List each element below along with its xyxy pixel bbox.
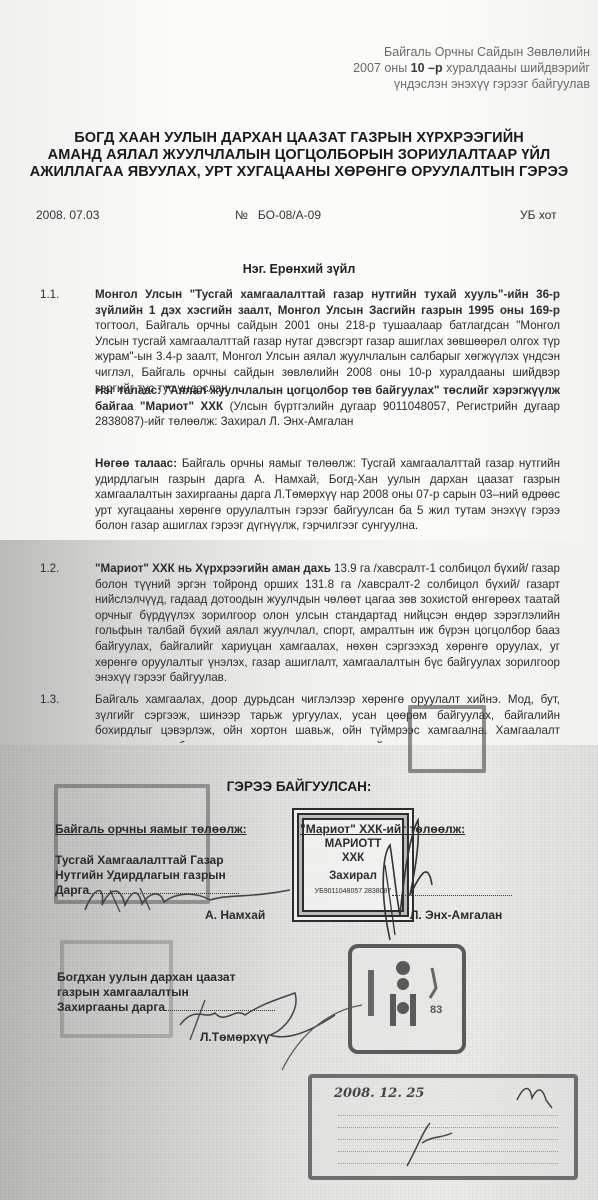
clause-text: Байгаль хамгаалах, доор дурьдсан чиглэлэ… [95,693,560,743]
clause-bold-text: Монгол Улсын "Тусгай хамгаалалттай газар… [95,288,560,317]
faint-stamp-right [408,705,486,773]
party-second-label: Нөгөө талаас: [95,457,177,470]
clause-body: "Мариот" ХХК нь Хүрхрээгийн аман дахь 13… [95,561,560,686]
clause-body: Байгаль хамгаалах, доор дурьдсан чиглэлэ… [95,692,560,743]
clause-number: 1.1. [40,287,59,303]
park-title: Захиргааны дарга [57,1000,165,1014]
party-first-label: Нэг талаас: [95,384,161,397]
number-label: № [235,208,248,222]
ministry-signatory-header: Байгаль орчны яамыг төлөөлж: [55,822,247,837]
number-value: БО-08/А-09 [258,208,321,222]
approval-line-1: Байгаль Орчны Сайдын Зөвлөлийн [270,44,590,60]
document-title: БОГД ХААН УУЛЫН ДАРХАН ЦААЗАТ ГАЗРЫН ХҮР… [0,130,598,181]
document-place: УБ хот [520,208,557,222]
party-second: Нөгөө талаас: Байгаль орчны яамыг төлөөл… [95,456,560,534]
company-signature [370,815,450,945]
park-org-line-1: Богдхан уулын дархан цаазат [57,970,275,985]
party-first: Нэг талаас: "Аялал жуулчлалын цогцолбор … [95,383,560,430]
clause-bold-text: "Мариот" ХХК нь Хүрхрээгийн аман дахь [95,562,331,575]
approval-line-3: үндэслэн энэхүү гэрээг байгуулав [270,76,590,92]
clause-number: 1.3. [40,692,59,708]
registry-signature [402,1118,462,1168]
document-date: 2008. 07.03 [36,208,99,222]
registry-stamp: 2008. 12. 25 [308,1074,578,1180]
ministry-signature [80,880,300,920]
state-stamp-number: 83 [430,1004,442,1016]
approval-note: Байгаль Орчны Сайдын Зөвлөлийн 2007 оны … [270,44,590,92]
section-title: Нэг. Ерөнхий зүйл [0,262,598,276]
approval-year: 2007 оны [353,61,411,75]
clause-body: Монгол Улсын "Тусгай хамгаалалттай газар… [95,287,560,396]
approval-decision: хуралдааны шийдвэрийг [443,61,590,75]
clause-1-3-clip: 1.3. Байгаль хамгаалах, доор дурьдсан чи… [0,690,598,743]
signature-flourish [262,1000,372,1080]
ministry-org-line-1: Тусгай Хамгаалалттай Газар [55,853,239,868]
title-line-1: БОГД ХААН УУЛЫН ДАРХАН ЦААЗАТ ГАЗРЫН ХҮР… [0,130,598,147]
approval-session: 10 –р [411,61,443,75]
clause-1-2: 1.2. "Мариот" ХХК нь Хүрхрээгийн аман да… [40,561,560,686]
approval-line-2: 2007 оны 10 –р хуралдааны шийдвэрийг [270,60,590,76]
clause-1-1: 1.1. Монгол Улсын "Тусгай хамгаалалттай … [40,287,560,396]
document-number: № БО-08/А-09 [235,208,321,222]
registry-initials [512,1080,562,1110]
title-line-2: АМАНД АЯЛАЛ ЖУУЛЧЛАЛЫН ЦОГЦОЛБОРЫН ЗОРИУ… [0,147,598,164]
clause-number: 1.2. [40,561,59,577]
clause-text: 13.9 га /хавсралт-1 солбицол бүхий/ газа… [95,562,560,684]
registry-stamp-date: 2008. 12. 25 [334,1086,424,1101]
title-line-3: АЖИЛЛАГАА ЯВУУЛАХ, УРТ ХУГАЦААНЫ ХӨРӨНГӨ… [0,164,598,181]
